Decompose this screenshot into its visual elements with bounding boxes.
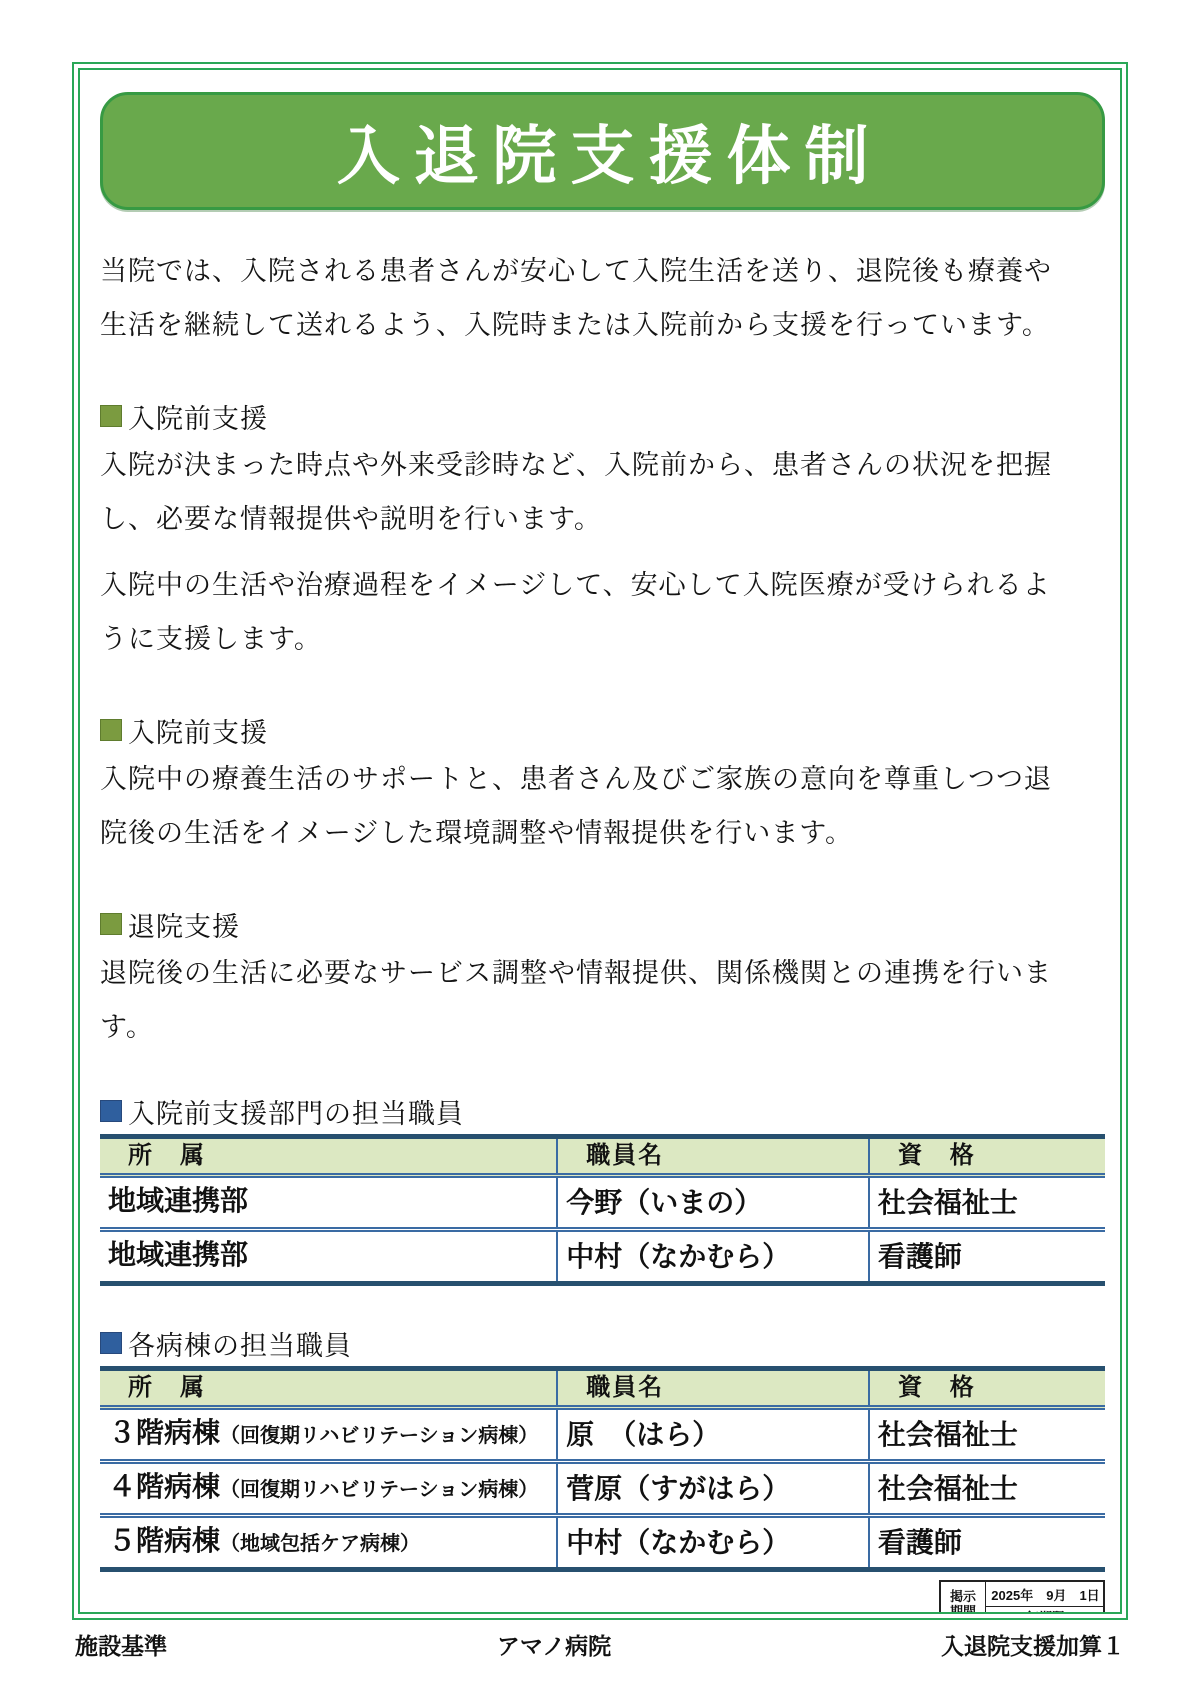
footer-left-label: 施設基準 — [75, 1628, 167, 1661]
section-heading-label: 入院前支援 — [128, 397, 268, 436]
section-paragraph: 入院中の生活や治療過程をイメージして、安心して入院医療が受けられるよ うに支援し… — [100, 558, 1105, 666]
page-title: 入退院支援体制 — [323, 105, 883, 197]
table-heading-label: 入院前支援部門の担当職員 — [128, 1092, 464, 1131]
square-bullet-icon — [100, 1332, 122, 1354]
posting-period-label: 掲示 期間 — [941, 1582, 985, 1614]
footer-center-label: アマノ病院 — [497, 1628, 611, 1661]
table-heading: 入院前支援部門の担当職員 — [100, 1094, 1105, 1128]
table-heading: 各病棟の担当職員 — [100, 1326, 1105, 1360]
department-label: ５階病棟 — [108, 1525, 220, 1556]
qualification-cell: 看護師 — [869, 1230, 1105, 1284]
table-row: 地域連携部 中村（なかむら） 看護師 — [100, 1230, 1105, 1284]
intro-paragraph: 当院では、入院される患者さんが安心して入院生活を送り、退院後も療養や 生活を継続… — [100, 244, 1105, 352]
qualification-cell: 看護師 — [869, 1516, 1105, 1570]
qualification-cell: 社会福祉士 — [869, 1176, 1105, 1230]
department-label: ４階病棟 — [108, 1471, 220, 1502]
page-frame-inner: 入退院支援体制 当院では、入院される患者さんが安心して入院生活を送り、退院後も療… — [78, 68, 1122, 1614]
section-discharge-support: 退院支援 退院後の生活に必要なサービス調整や情報提供、関係機関との連携を行いま … — [100, 906, 1105, 1054]
posting-duration: 無期限 — [985, 1606, 1105, 1614]
section-paragraph: 入院が決まった時点や外来受診時など、入院前から、患者さんの状況を把握 し、必要な… — [100, 438, 1105, 546]
page-footer: 施設基準 アマノ病院 入退院支援加算１ — [75, 1628, 1125, 1661]
section-heading-label: 退院支援 — [128, 905, 240, 944]
department-label: ３階病棟 — [108, 1417, 220, 1448]
staff-name-cell: 原 （はら） — [557, 1408, 869, 1462]
approval-box-wrap: 掲示 期間 2025年 9月 1日 無期限 承認 院 長 西 事務部長 粟 森 — [100, 1580, 1105, 1614]
approval-box: 掲示 期間 2025年 9月 1日 無期限 承認 院 長 西 事務部長 粟 森 — [939, 1580, 1105, 1614]
department-note: （回復期リハビリテーション病棟） — [220, 1425, 538, 1447]
table-row: ４階病棟（回復期リハビリテーション病棟） 菅原（すがはら） 社会福祉士 — [100, 1462, 1105, 1516]
square-bullet-icon — [100, 405, 122, 427]
department-cell: ３階病棟（回復期リハビリテーション病棟） — [100, 1408, 557, 1462]
table-row: 地域連携部 今野（いまの） 社会福祉士 — [100, 1176, 1105, 1230]
square-bullet-icon — [100, 913, 122, 935]
staff-table-section-wards: 各病棟の担当職員 所 属 職員名 資 格 ３階病棟（回復期リハビリテーション病棟… — [100, 1326, 1105, 1572]
square-bullet-icon — [100, 1100, 122, 1122]
section-pre-admission-support: 入院前支援 入院が決まった時点や外来受診時など、入院前から、患者さんの状況を把握… — [100, 398, 1105, 666]
department-cell: ４階病棟（回復期リハビリテーション病棟） — [100, 1462, 557, 1516]
column-header-staff-name: 職員名 — [557, 1369, 869, 1408]
section-heading-label: 入院前支援 — [128, 711, 268, 750]
table-row: ３階病棟（回復期リハビリテーション病棟） 原 （はら） 社会福祉士 — [100, 1408, 1105, 1462]
section-heading: 入院前支援 — [100, 712, 1105, 748]
column-header-department: 所 属 — [100, 1137, 557, 1176]
staff-name-cell: 中村（なかむら） — [557, 1230, 869, 1284]
table-row: ５階病棟（地域包括ケア病棟） 中村（なかむら） 看護師 — [100, 1516, 1105, 1570]
column-header-staff-name: 職員名 — [557, 1137, 869, 1176]
section-heading: 退院支援 — [100, 906, 1105, 942]
table-header-row: 所 属 職員名 資 格 — [100, 1137, 1105, 1176]
staff-table: 所 属 職員名 資 格 地域連携部 今野（いまの） 社会福祉士 地域連携部 中村… — [100, 1134, 1105, 1286]
department-label: 地域連携部 — [108, 1239, 248, 1270]
page-frame: 入退院支援体制 当院では、入院される患者さんが安心して入院生活を送り、退院後も療… — [72, 62, 1128, 1620]
column-header-qualification: 資 格 — [869, 1137, 1105, 1176]
section-heading: 入院前支援 — [100, 398, 1105, 434]
department-note: （地域包括ケア病棟） — [220, 1533, 420, 1555]
department-cell: 地域連携部 — [100, 1230, 557, 1284]
staff-table-section-pre-admission: 入院前支援部門の担当職員 所 属 職員名 資 格 地域連携部 今野（いまの） 社… — [100, 1094, 1105, 1286]
staff-table: 所 属 職員名 資 格 ３階病棟（回復期リハビリテーション病棟） 原 （はら） … — [100, 1366, 1105, 1572]
section-in-hospital-support: 入院前支援 入院中の療養生活のサポートと、患者さん及びご家族の意向を尊重しつつ退… — [100, 712, 1105, 860]
department-note: （回復期リハビリテーション病棟） — [220, 1479, 538, 1501]
table-header-row: 所 属 職員名 資 格 — [100, 1369, 1105, 1408]
column-header-qualification: 資 格 — [869, 1369, 1105, 1408]
staff-name-cell: 今野（いまの） — [557, 1176, 869, 1230]
qualification-cell: 社会福祉士 — [869, 1408, 1105, 1462]
section-paragraph: 退院後の生活に必要なサービス調整や情報提供、関係機関との連携を行いま す。 — [100, 946, 1105, 1054]
department-cell: 地域連携部 — [100, 1176, 557, 1230]
table-heading-label: 各病棟の担当職員 — [128, 1324, 352, 1363]
department-label: 地域連携部 — [108, 1185, 248, 1216]
qualification-cell: 社会福祉士 — [869, 1462, 1105, 1516]
staff-name-cell: 中村（なかむら） — [557, 1516, 869, 1570]
posting-date: 2025年 9月 1日 — [985, 1582, 1105, 1606]
section-paragraph: 入院中の療養生活のサポートと、患者さん及びご家族の意向を尊重しつつ退 院後の生活… — [100, 752, 1105, 860]
square-bullet-icon — [100, 719, 122, 741]
title-banner: 入退院支援体制 — [100, 92, 1105, 210]
column-header-department: 所 属 — [100, 1369, 557, 1408]
department-cell: ５階病棟（地域包括ケア病棟） — [100, 1516, 557, 1570]
staff-name-cell: 菅原（すがはら） — [557, 1462, 869, 1516]
footer-right-label: 入退院支援加算１ — [941, 1628, 1125, 1661]
